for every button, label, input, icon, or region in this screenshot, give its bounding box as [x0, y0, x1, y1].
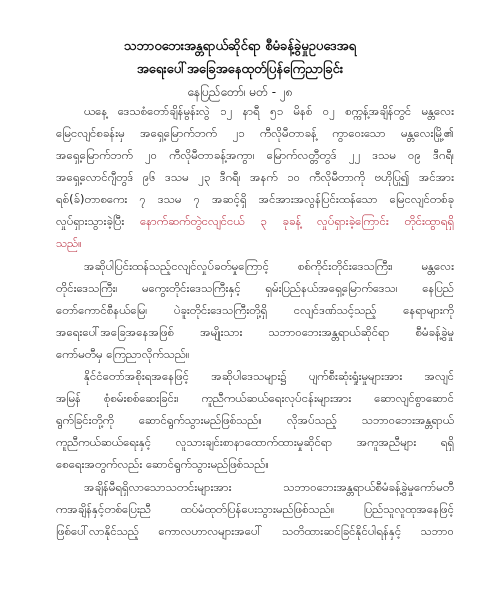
document-page: သဘာဝဘေးအန္တရာယ်ဆိုင်ရာ စီမံခန့်ခွဲမှုဥပဒ… — [0, 0, 480, 613]
paragraph-line: ကအချိန်နှင့်တစ်ပြေးညီ ထပ်မံထုတ်ပြန်ပေးသွ… — [56, 500, 454, 518]
paragraph-line: အချိန်မီရရှိလာသောသတင်းများအား သဘာဝဘေးအန္… — [84, 478, 454, 496]
aftershock-highlight-text: နောက်ဆက်တွဲငလျင်ငယ် ၃ ခုခန့် လှုပ်ရှားခဲ… — [140, 214, 454, 228]
paragraph-line: တော်ကောင်စီနယ်မြေ၊ ပဲခူးတိုင်းဒေသကြီးတို… — [56, 301, 454, 319]
paragraph-line: အရှေ့လောင်ဂျီတွဒ် ၉၆ ဒသမ ၂၃ ဒီဂရီ၊ အနက် … — [56, 168, 454, 186]
paragraph-line: တိုင်းဒေသကြီး၊ မကွေးတိုင်းဒေသကြီးနှင့် ရ… — [56, 279, 454, 297]
paragraph-line: ကူညီကယ်ဆယ်ရေးနှင့် လူသားချင်းစာနာထောက်ထာ… — [56, 433, 454, 451]
dateline: နေပြည်တော်၊ မတ် - ၂၈ — [0, 84, 480, 100]
paragraph-line-with-highlight: လှုပ်ရှားသွားခဲ့ပြီး နောက်ဆက်တွဲငလျင်ငယ်… — [56, 212, 454, 230]
paragraph-line: အဆိုပါပြင်းထန်သည့်ငလျင်လှုပ်ခတ်မှုကြောင့… — [84, 257, 454, 275]
document-title-line-2: အရေးပေါ်အခြေအနေထုတ်ပြန်ကြေညာခြင်း — [0, 61, 480, 79]
paragraph-line: မြေငလျင်စခန်းမှ အရှေ့မြောက်ဘက် ၂၁ ကီလိုမ… — [56, 124, 454, 142]
paragraph-line: ရစ်(ခ်)တာစကေး ၇ ဒသမ ၇ အဆင့်ရှိ အင်အားအလွ… — [56, 190, 454, 208]
paragraph-line: အမြန် စုံစမ်းစစ်ဆေးခြင်း၊ ကူညီကယ်ဆယ်ရေးလ… — [56, 389, 454, 407]
paragraph-line: စေရေးအတွက်လည်း ဆောင်ရွက်သွားမည်ဖြစ်သည်။ — [56, 455, 454, 473]
paragraph-line: ယနေ့ ဒေသစံတော်ချိန်မွန်းလွဲ ၁၂ နာရီ ၅၁ မ… — [84, 102, 454, 120]
line-prefix: လှုပ်ရှားသွားခဲ့ပြီး — [56, 214, 140, 228]
paragraph-line: နိုင်ငံတော်အစိုးရအနေဖြင့် အဆိုပါဒေသများ၌… — [84, 367, 454, 385]
paragraph-line: အရေးပေါ်အခြေအနေအဖြစ် အမျိုးသား သဘာဝဘေးအန… — [56, 323, 454, 341]
paragraph-line: ကော်မတီမှ ကြေညာလိုက်သည်။ — [56, 345, 454, 363]
document-title-line-1: သဘာဝဘေးအန္တရာယ်ဆိုင်ရာ စီမံခန့်ခွဲမှုဥပဒ… — [0, 38, 480, 56]
aftershock-highlight-text-end: သည်။ — [56, 234, 454, 252]
paragraph-line: ရွက်ခြင်းတို့ကို ဆောင်ရွက်သွားမည်ဖြစ်သည်… — [56, 411, 454, 429]
paragraph-line: အရှေ့မြောက်ဘက် ၂ဝ ကီလိုမီတာခန့်အကွာ၊ မြေ… — [56, 146, 454, 164]
paragraph-line: ဖြစ်ပေါ်လာနိုင်သည့် ကောလဟာလများအပေါ် သတိ… — [56, 522, 454, 540]
